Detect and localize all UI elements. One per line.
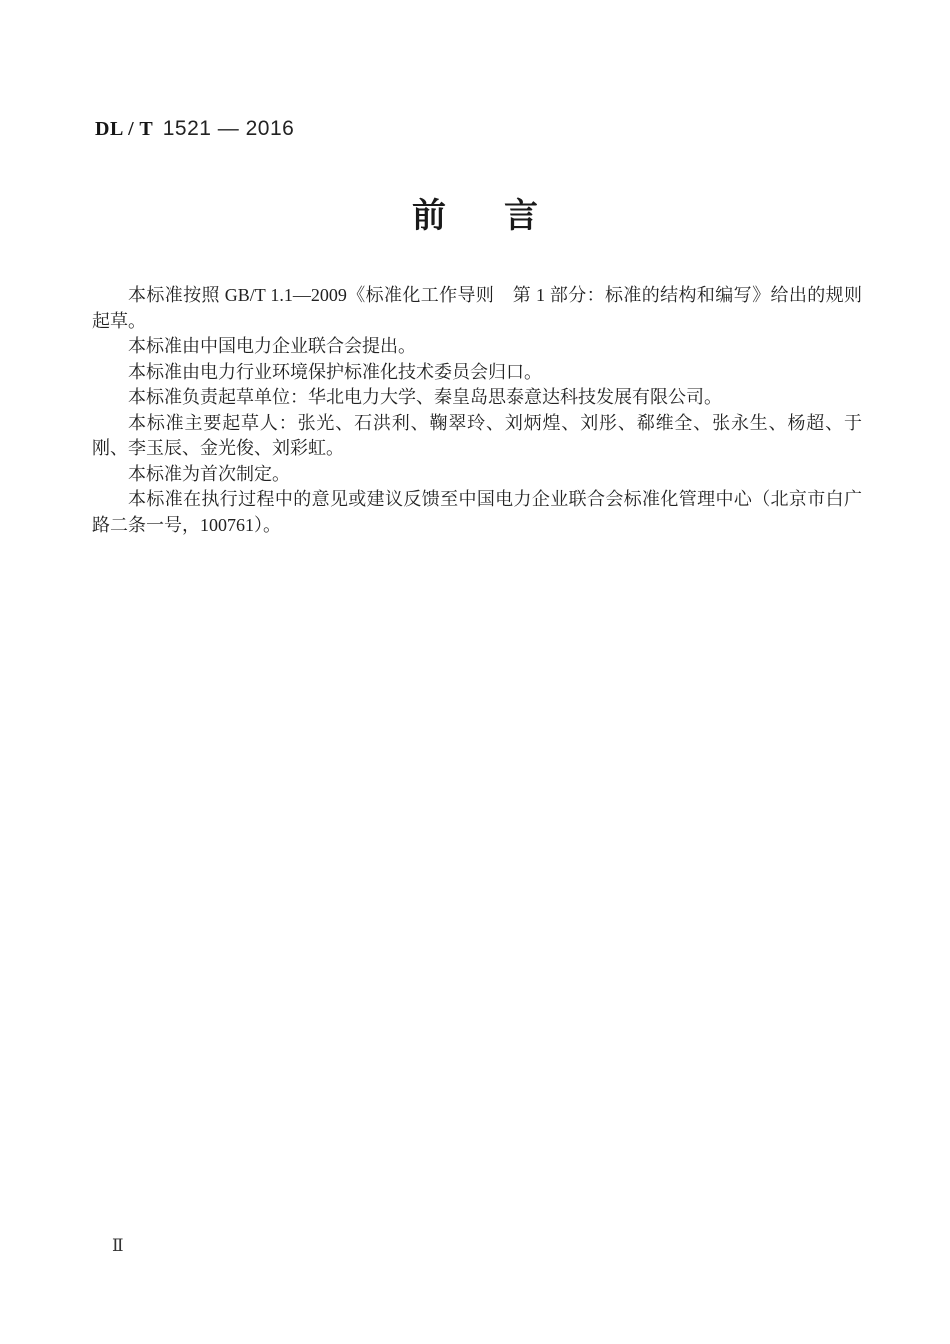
paragraph-feedback-address: 本标准在执行过程中的意见或建议反馈至中国电力企业联合会标准化管理中心（北京市白广…: [92, 487, 862, 538]
paragraph-first-edition: 本标准为首次制定。: [92, 462, 862, 488]
page-number: Ⅱ: [112, 1236, 124, 1256]
document-body: 本标准按照 GB/T 1.1—2009《标准化工作导则 第 1 部分：标准的结构…: [92, 283, 862, 538]
standard-code-number: 1521 — 2016: [163, 117, 295, 140]
paragraph-centralized-by: 本标准由电力行业环境保护标准化技术委员会归口。: [92, 360, 862, 386]
page-title: 前 言: [0, 198, 950, 235]
standard-code: DL / T 1521 — 2016: [95, 117, 294, 141]
page-title-char-second: 言: [504, 198, 538, 235]
paragraph-chief-drafters: 本标准主要起草人：张光、石洪利、鞠翠玲、刘炳煌、刘彤、郗维全、张永生、杨超、于刚…: [92, 411, 862, 462]
paragraph-drafting-organizations: 本标准负责起草单位：华北电力大学、秦皇岛思泰意达科技发展有限公司。: [92, 385, 862, 411]
page-title-char-first: 前: [412, 198, 446, 235]
paragraph-drafting-rule: 本标准按照 GB/T 1.1—2009《标准化工作导则 第 1 部分：标准的结构…: [92, 283, 862, 334]
standard-code-prefix: DL / T: [95, 118, 153, 140]
document-page: DL / T 1521 — 2016 前 言 本标准按照 GB/T 1.1—20…: [0, 0, 950, 1344]
paragraph-proposed-by: 本标准由中国电力企业联合会提出。: [92, 334, 862, 360]
